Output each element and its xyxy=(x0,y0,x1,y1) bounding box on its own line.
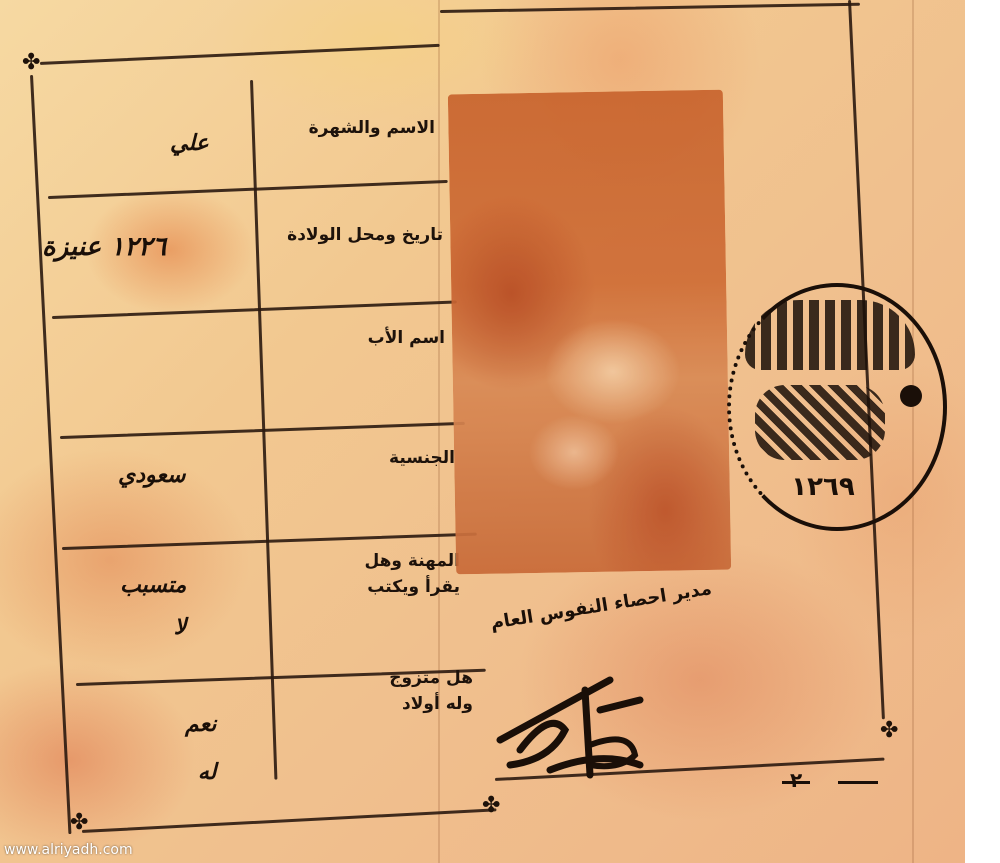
field-value-occupation: متسبب لا xyxy=(120,565,186,649)
fleuron-cross-ornament-icon: ✤ xyxy=(22,52,40,74)
field-value-name: علي xyxy=(170,130,209,156)
seal-year: ١٢٦٩ xyxy=(768,472,878,502)
field-label-father: اسم الأب xyxy=(368,325,445,351)
seal-mark xyxy=(900,385,922,407)
page-number-dash xyxy=(838,781,878,784)
page-number: ٢ xyxy=(790,768,802,792)
seal-inscription-top xyxy=(745,300,915,370)
paper-fold-line xyxy=(438,0,440,863)
handwritten-signature-icon xyxy=(490,670,650,780)
fleuron-cross-ornament-icon: ✤ xyxy=(70,812,88,834)
field-label-nationality: الجنسية xyxy=(389,445,455,471)
field-label-occupation: المهنة وهل يقرأ ويكتب xyxy=(364,548,460,601)
source-watermark: www.alriyadh.com xyxy=(4,842,133,858)
field-value-birth: ١٢٢٦ عنيزة xyxy=(42,232,166,262)
fleuron-cross-ornament-icon: ✤ xyxy=(880,720,898,742)
field-label-marital: هل متزوج وله أولاد xyxy=(389,665,473,718)
field-label-name: الاسم والشهرة xyxy=(309,115,435,141)
field-label-birth: تاريخ ومحل الولادة xyxy=(287,222,443,248)
holder-photograph xyxy=(448,90,731,575)
field-value-nationality: سعودي xyxy=(118,462,185,488)
field-value-marital: نعم له xyxy=(185,700,216,797)
fleuron-cross-ornament-icon: ✤ xyxy=(482,795,500,817)
seal-inscription-center xyxy=(755,385,885,460)
